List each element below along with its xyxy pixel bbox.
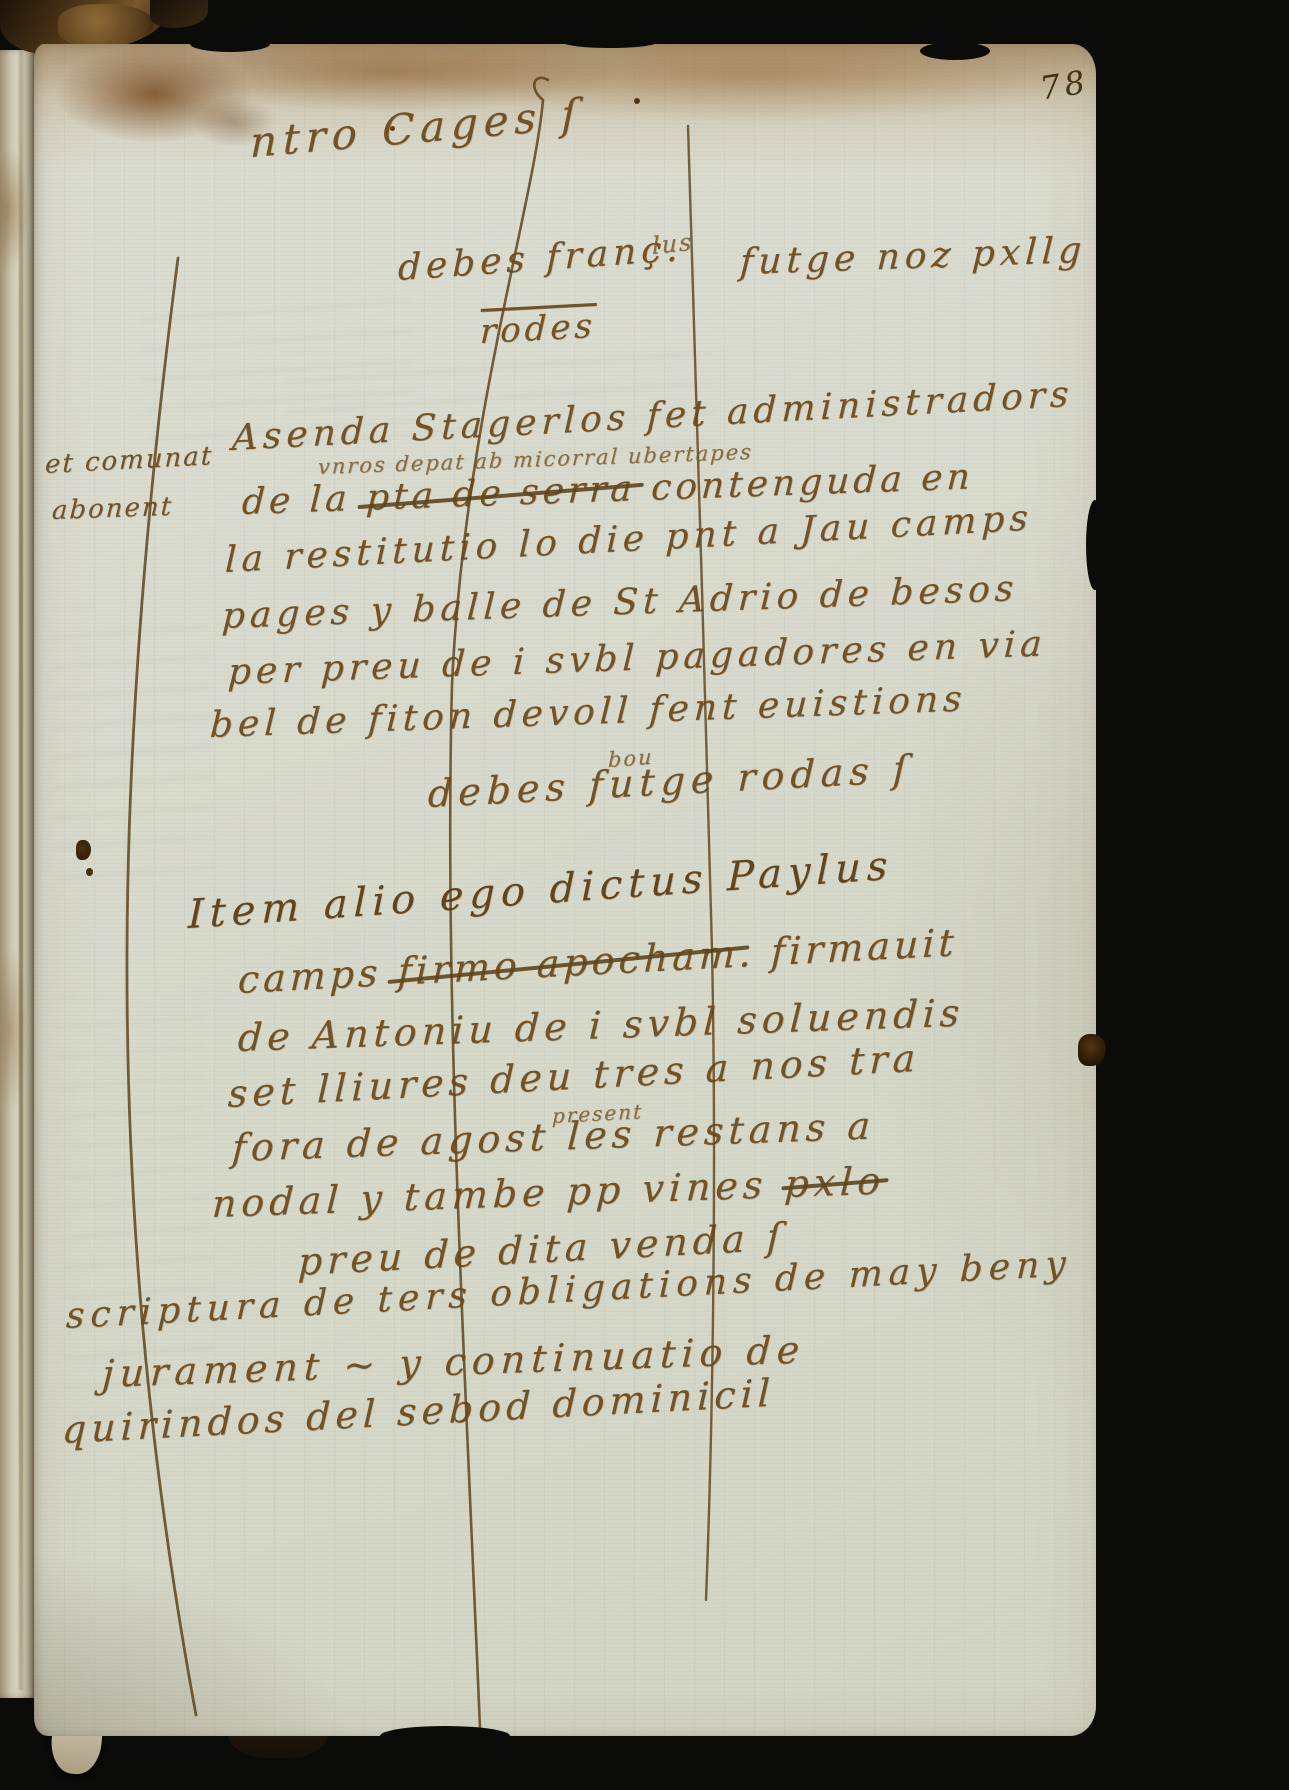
ink-fleck <box>390 126 395 131</box>
struck-word: firmo apocham <box>397 932 740 994</box>
torn-edge-notch <box>560 34 660 48</box>
entry2-line1: Item alio ego dictus Paylus <box>188 843 894 938</box>
superscript-abbreviation: lus <box>652 228 694 260</box>
torn-edge-notch <box>920 42 990 60</box>
heading-line: ntro Cages ſ <box>250 89 584 167</box>
manuscript-photo: 78 ntro Cages ſ debes franç. lus futge n… <box>0 0 1289 1790</box>
margin-note-text: abonent <box>51 492 174 526</box>
torn-edge-notch <box>380 1726 510 1746</box>
torn-edge-notch <box>1086 500 1104 590</box>
rubric-text: debes futge rodas ſ <box>427 747 913 817</box>
ink-blot-left-margin-small <box>86 868 93 876</box>
manuscript-page: 78 ntro Cages ſ debes franç. lus futge n… <box>34 44 1096 1736</box>
ink-blot-right-edge <box>1078 1034 1106 1066</box>
rubric-text: futge noz pxllg <box>739 230 1087 283</box>
verso-showthrough <box>47 601 217 886</box>
rubric-judge-line: futge noz pxllg <box>739 230 1087 283</box>
rubric-name-line: debes franç. <box>398 228 683 289</box>
folio-number: 78 <box>1037 62 1091 107</box>
rubric-text: debes franç. <box>398 228 683 289</box>
struck-word: pxlo <box>783 1158 886 1206</box>
middle-rubric-line: debes futge rodas ſ <box>427 747 913 817</box>
entry1-line4: pages y balle de St Adrio de besos <box>221 568 1020 637</box>
cancellation-stroke-1 <box>127 258 196 1715</box>
entry-text: camps <box>237 950 398 1003</box>
binding-crease <box>19 50 23 1690</box>
entry-text: de la <box>241 478 367 523</box>
margin-note: et comunat <box>44 441 213 480</box>
binding-guard-strip <box>0 50 36 1698</box>
ink-fleck <box>634 98 640 104</box>
binding-leather-knot <box>58 4 154 46</box>
entry-text: nodal y tambe pp vines <box>211 1162 786 1226</box>
entry2-line2: camps firmo apocham. firmauit <box>237 920 958 1002</box>
margin-note-text: et comunat <box>44 441 213 480</box>
entry-text: . firmauit <box>738 920 958 976</box>
margin-note: abonent <box>51 492 174 526</box>
struck-word: pta de serra <box>365 468 637 519</box>
entry-text: Item alio ego dictus Paylus <box>188 843 894 938</box>
rubric-surname-line: rodes <box>479 306 596 352</box>
rubric-text: rodes <box>479 306 596 352</box>
binding-leather-fragment <box>150 0 208 28</box>
heading-text: ntro Cages ſ <box>250 89 584 167</box>
superscript-text: lus <box>652 228 694 260</box>
entry-text: pages y balle de St Adrio de besos <box>221 568 1020 637</box>
torn-edge-notch <box>190 36 270 52</box>
